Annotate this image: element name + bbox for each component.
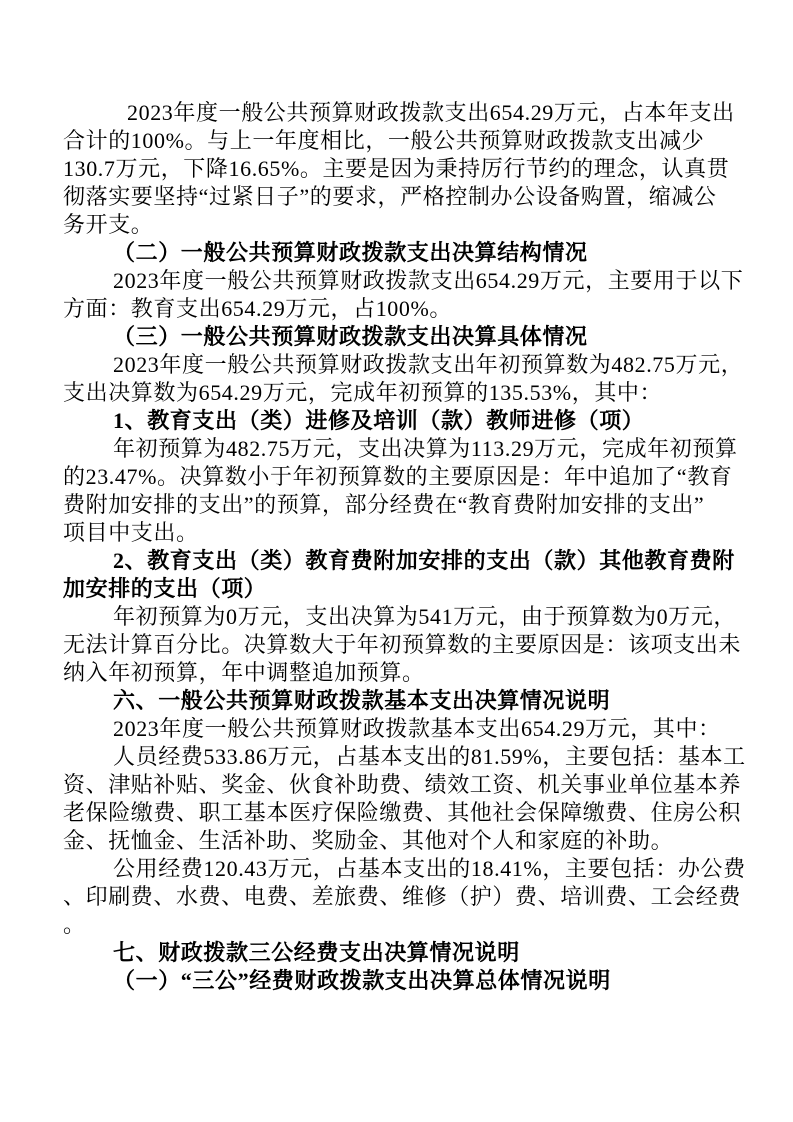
document-text-line: 老保险缴费、职工基本医疗保险缴费、其他社会保障缴费、住房公积 [63,799,739,827]
section-heading-line: （一）“三公”经费财政拨款支出决算总体情况说明 [63,967,739,995]
document-text-line: 无法计算百分比。决算数大于年初预算数的主要原因是：该项支出未 [63,631,739,659]
section-heading-line: 六、一般公共预算财政拨款基本支出决算情况说明 [63,687,739,715]
document-text-line: 方面：教育支出654.29万元，占100%。 [63,295,739,323]
document-text-line: 人员经费533.86万元，占基本支出的81.59%，主要包括：基本工 [63,743,739,771]
document-text-line: 年初预算为0万元，支出决算为541万元，由于预算数为0万元， [63,603,739,631]
document-text-line: 资、津贴补贴、奖金、伙食补助费、绩效工资、机关事业单位基本养 [63,771,739,799]
document-text-line: 。 [63,911,739,939]
document-text-line: 年初预算为482.75万元，支出决算为113.29万元，完成年初预算 [63,435,739,463]
document-content: 2023年度一般公共预算财政拨款支出654.29万元，占本年支出合计的100%。… [63,99,739,995]
document-text-line: 彻落实要坚持“过紧日子”的要求，严格控制办公设备购置，缩减公 [63,183,739,211]
document-text-line: 项目中支出。 [63,519,739,547]
document-text-line: 2023年度一般公共预算财政拨款支出年初预算数为482.75万元， [63,351,739,379]
section-heading-line: （二）一般公共预算财政拨款支出决算结构情况 [63,239,739,267]
section-heading-line: 2、教育支出（类）教育费附加安排的支出（款）其他教育费附 [63,547,739,575]
document-text-line: 2023年度一般公共预算财政拨款基本支出654.29万元，其中： [63,715,739,743]
section-heading-line: （三）一般公共预算财政拨款支出决算具体情况 [63,323,739,351]
document-text-line: 纳入年初预算，年中调整追加预算。 [63,659,739,687]
document-text-line: 费附加安排的支出”的预算，部分经费在“教育费附加安排的支出” [63,491,739,519]
document-text-line: 务开支。 [63,211,739,239]
document-text-line: 的23.47%。决算数小于年初预算数的主要原因是：年中追加了“教育 [63,463,739,491]
document-text-line: 支出决算数为654.29万元，完成年初预算的135.53%，其中： [63,379,739,407]
document-text-line: 130.7万元，下降16.65%。主要是因为秉持厉行节约的理念，认真贯 [63,155,739,183]
document-text-line: 、印刷费、水费、电费、差旅费、维修（护）费、培训费、工会经费 [63,883,739,911]
document-page: 2023年度一般公共预算财政拨款支出654.29万元，占本年支出合计的100%。… [0,0,793,1122]
document-text-line: 公用经费120.43万元，占基本支出的18.41%，主要包括：办公费 [63,855,739,883]
section-heading-line: 七、财政拨款三公经费支出决算情况说明 [63,939,739,967]
section-heading-line: 1、教育支出（类）进修及培训（款）教师进修（项） [63,407,739,435]
document-text-line: 金、抚恤金、生活补助、奖励金、其他对个人和家庭的补助。 [63,827,739,855]
document-text-line: 2023年度一般公共预算财政拨款支出654.29万元，占本年支出 [63,99,739,127]
section-heading-line: 加安排的支出（项） [63,575,739,603]
document-text-line: 2023年度一般公共预算财政拨款支出654.29万元，主要用于以下 [63,267,739,295]
document-text-line: 合计的100%。与上一年度相比，一般公共预算财政拨款支出减少 [63,127,739,155]
